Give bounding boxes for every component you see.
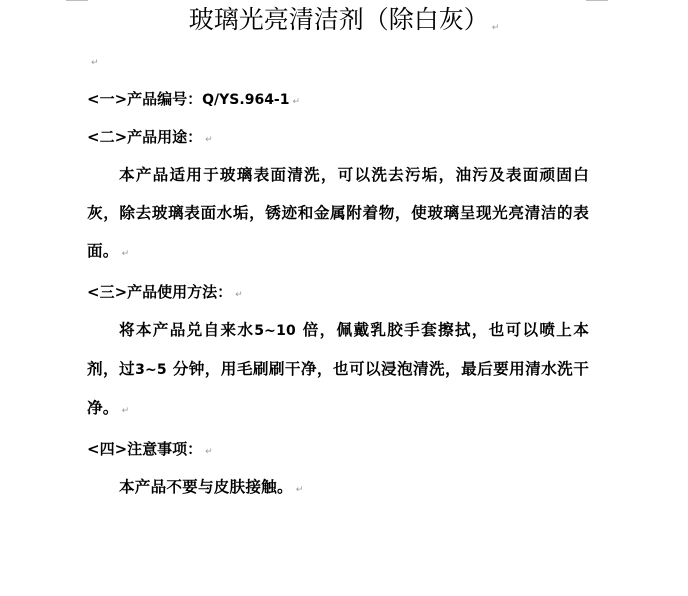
page-corner-mark-right xyxy=(586,0,608,2)
heading-prefix: <二> xyxy=(87,128,127,146)
section-heading-method: <三>产品使用方法：↵ xyxy=(87,273,589,311)
paragraph-mark-icon: ↵ xyxy=(492,23,500,33)
heading-label: 产品用途： xyxy=(127,128,202,146)
section-body-usage: 本产品适用于玻璃表面清洗，可以洗去污垢，油污及表面顽固白灰，除去玻璃表面水垢，锈… xyxy=(87,156,589,273)
paragraph-mark-icon: ↵ xyxy=(205,135,213,145)
section-heading-notes: <四>注意事项：↵ xyxy=(87,430,589,468)
paragraph-mark-icon: ↵ xyxy=(293,97,301,107)
heading-prefix: <四> xyxy=(87,440,127,458)
heading-label: 产品使用方法： xyxy=(127,283,232,301)
heading-prefix: <一> xyxy=(87,90,127,108)
wait-minutes: 3~5 xyxy=(135,362,167,378)
dilution-ratio: 5~10 xyxy=(254,323,296,339)
body-text: 本产品不要与皮肤接触。 xyxy=(119,478,293,496)
paragraph-mark-icon: ↵ xyxy=(122,249,130,259)
heading-label: 注意事项： xyxy=(127,440,202,458)
body-text: 本产品适用于玻璃表面清洗，可以洗去污垢，油污及表面顽固白灰，除去玻璃表面水垢，锈… xyxy=(87,166,589,260)
document-body: <一>产品编号：Q/YS.964-1↵ <二>产品用途：↵ 本产品适用于玻璃表面… xyxy=(87,80,589,509)
heading-prefix: <三> xyxy=(87,283,127,301)
section-body-notes: 本产品不要与皮肤接触。↵ xyxy=(87,468,589,509)
product-code-value: Q/YS.964-1 xyxy=(202,92,289,108)
document-title: 玻璃光亮清洁剂（除白灰）↵ xyxy=(0,4,688,44)
page-corner-mark-left xyxy=(66,0,88,2)
paragraph-mark-icon: ↵ xyxy=(205,447,213,457)
paragraph-mark-icon: ↵ xyxy=(91,58,99,68)
section-heading-usage: <二>产品用途：↵ xyxy=(87,118,589,156)
body-text: 将本产品兑自来水 xyxy=(119,321,254,339)
section-body-method: 将本产品兑自来水5~10 倍，佩戴乳胶手套擦拭，也可以喷上本剂，过3~5 分钟，… xyxy=(87,311,589,430)
heading-label: 产品编号： xyxy=(127,90,202,108)
title-text: 玻璃光亮清洁剂（除白灰） xyxy=(189,5,489,34)
section-heading-product-code: <一>产品编号：Q/YS.964-1↵ xyxy=(87,80,589,118)
empty-paragraph: ↵ xyxy=(88,50,99,69)
paragraph-mark-icon: ↵ xyxy=(235,290,243,300)
paragraph-mark-icon: ↵ xyxy=(296,485,304,495)
paragraph-mark-icon: ↵ xyxy=(122,406,130,416)
